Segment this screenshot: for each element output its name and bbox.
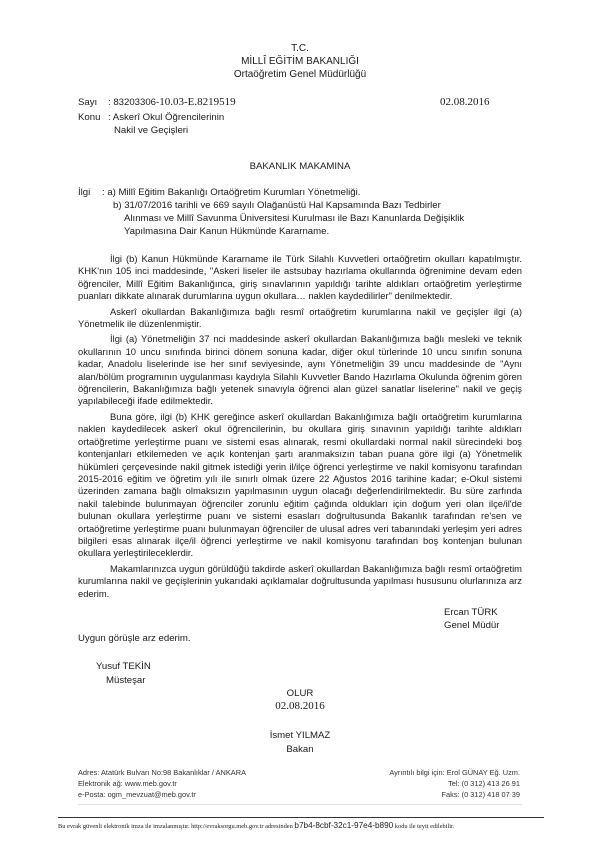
undersecretary-name: Yusuf TEKİN <box>96 661 151 672</box>
paragraph-1: İlgi (b) Kanun Hükmünde Kararname ile Tü… <box>78 253 522 303</box>
footer-divider <box>58 817 544 818</box>
contact-person: Ayrıntılı bilgi için: Erol GÜNAY Eğ. Uzm… <box>380 768 520 778</box>
address-divider <box>78 804 522 805</box>
verification-text-before: Bu evrak güvenli elektronik imza ile imz… <box>58 823 293 830</box>
konu-line2: Nakil ve Geçişleri <box>114 125 188 136</box>
ilgi-b-line3: Yapılmasına Dair Kanun Hükmünde Kararnam… <box>124 226 329 237</box>
fax-number: Faks: (0 312) 418 07 39 <box>380 790 520 800</box>
phone-number: Tel: (0 312) 413 26 91 <box>380 779 520 789</box>
sayi-number: 10.03-E.8219519 <box>159 96 235 108</box>
ilgi-b-line2: Alınması ve Millî Savunma Üniversitesi K… <box>124 213 464 224</box>
sayi-label: Sayı <box>78 97 97 108</box>
approval-note: Uygun görüşle arz ederim. <box>78 633 191 644</box>
director-name: Ercan TÜRK <box>444 607 498 618</box>
header-directorate: Ortaöğretim Genel Müdürlüğü <box>0 69 600 81</box>
website-link[interactable]: Elektronik ağ: www.meb.gov.tr <box>78 779 177 789</box>
verification-note: Bu evrak güvenli elektronik imza ile imz… <box>58 821 544 830</box>
paragraph-4: Buna göre, ilgi (b) KHK gereğince askerî… <box>78 411 522 560</box>
paragraph-3: İlgi (a) Yönetmeliğin 37 nci maddesinde … <box>78 333 522 407</box>
document-date: 02.08.2016 <box>440 96 490 108</box>
paragraph-2: Askerî okullardan Bakanlığımıza bağlı re… <box>78 306 522 331</box>
ilgi-a: : a) Millî Eğitim Bakanlığı Ortaöğretim … <box>102 187 360 198</box>
konu-label: Konu <box>78 112 100 123</box>
header-tc: T.C. <box>0 43 600 55</box>
olur-date: 02.08.2016 <box>0 700 600 712</box>
verification-code: b7b4-8cbf-32c1-97e4-b890 <box>294 821 393 830</box>
minister-title: Bakan <box>0 744 600 755</box>
minister-name: İsmet YILMAZ <box>0 730 600 741</box>
ilgi-b-line1: b) 31/07/2016 tarihli ve 669 sayılı Olağ… <box>113 200 441 211</box>
email-link[interactable]: e-Posta: ogm_mevzuat@meb.gov.tr <box>78 790 196 800</box>
addressee: BAKANLIK MAKAMINA <box>0 161 600 172</box>
undersecretary-title: Müsteşar <box>106 675 145 686</box>
konu-line1: : Askerî Okul Öğrencilerinin <box>108 112 224 123</box>
header-ministry: MİLLÎ EĞİTİM BAKANLIĞI <box>0 56 600 68</box>
sayi-prefix: : 83203306- <box>108 97 159 108</box>
sayi-value: : 83203306-10.03-E.8219519 <box>108 96 236 108</box>
ilgi-label: İlgi <box>78 187 90 198</box>
address-line: Adres: Atatürk Bulvarı No:98 Bakanlıklar… <box>78 768 246 778</box>
paragraph-5: Makamlarınızca uygun görüldüğü takdirde … <box>78 563 522 600</box>
olur-label: OLUR <box>0 688 600 699</box>
body-text: İlgi (b) Kanun Hükmünde Kararname ile Tü… <box>78 253 522 600</box>
verification-text-after: kodu ile teyit edilebilir. <box>395 823 455 830</box>
director-title: Genel Müdür <box>444 620 499 631</box>
